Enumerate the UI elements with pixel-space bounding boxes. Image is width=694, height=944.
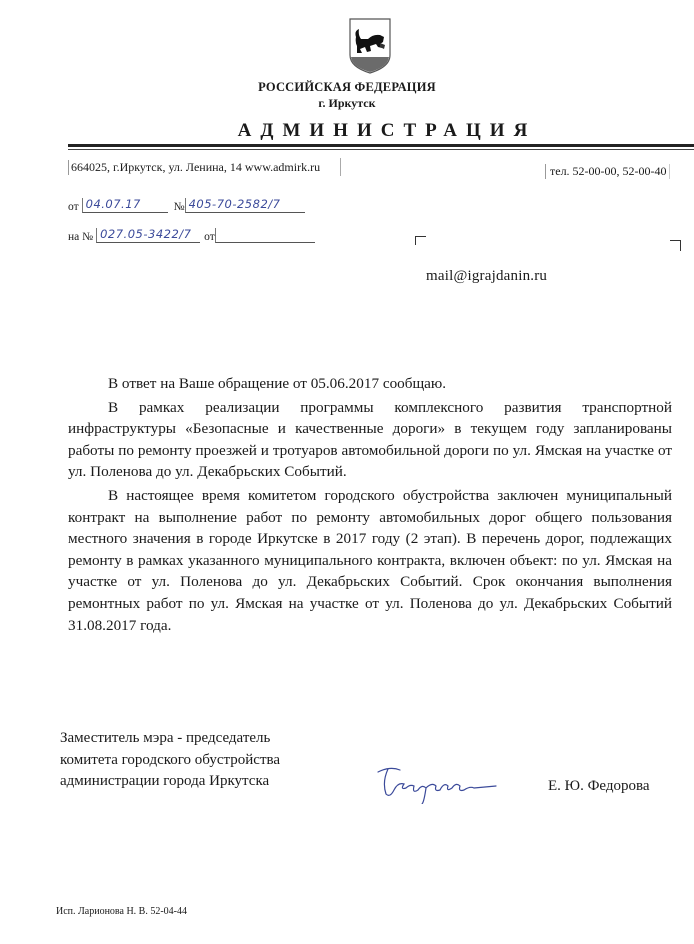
reply-to-label: на № [68, 231, 93, 243]
body-paragraph: В ответ на Ваше обращение от 05.06.2017 … [68, 373, 672, 395]
organization-phone: тел. 52-00-00, 52-00-40 [545, 164, 670, 179]
coat-of-arms-icon [340, 15, 400, 75]
body-paragraph: В настоящее время комитетом городского о… [68, 485, 672, 636]
letterhead-divider [68, 144, 694, 150]
recipient-corner-left [415, 236, 426, 245]
city-heading: г. Иркутск [0, 96, 694, 111]
signer-title-line: администрации города Иркутска [60, 771, 280, 793]
executor-note: Исп. Ларионова Н. В. 52-04-44 [56, 906, 187, 917]
outgoing-registration: от 04.07.17 № 405-70-2582/7 [68, 198, 305, 213]
address-separator [340, 158, 341, 176]
recipient-email: mail@igrajdanin.ru [426, 268, 547, 285]
organization-title: АДМИНИСТРАЦИЯ [0, 120, 694, 142]
reply-from-label: от [204, 231, 215, 243]
reply-to-number-field: 027.05-3422/7 [96, 228, 200, 243]
incoming-reference: на № 027.05-3422/7 от [68, 228, 315, 243]
signer-title-line: Заместитель мэра - председатель [60, 728, 280, 750]
body-paragraph: В рамках реализации программы комплексно… [68, 397, 672, 483]
handwritten-signature-icon [370, 764, 500, 804]
reply-from-date-field [215, 228, 315, 243]
outgoing-date-field: 04.07.17 [82, 198, 168, 213]
signer-title: Заместитель мэра - председатель комитета… [60, 728, 280, 793]
letter-body: В ответ на Ваше обращение от 05.06.2017 … [68, 373, 672, 636]
signer-name: Е. Ю. Федорова [548, 778, 650, 795]
country-heading: РОССИЙСКАЯ ФЕДЕРАЦИЯ [0, 80, 694, 95]
recipient-corner-right [670, 240, 681, 251]
organization-address: 664025, г.Иркутск, ул. Ленина, 14 www.ad… [68, 160, 320, 175]
number-label: № [174, 201, 185, 213]
signer-title-line: комитета городского обустройства [60, 750, 280, 772]
outgoing-number-field: 405-70-2582/7 [185, 198, 305, 213]
date-label: от [68, 201, 79, 213]
